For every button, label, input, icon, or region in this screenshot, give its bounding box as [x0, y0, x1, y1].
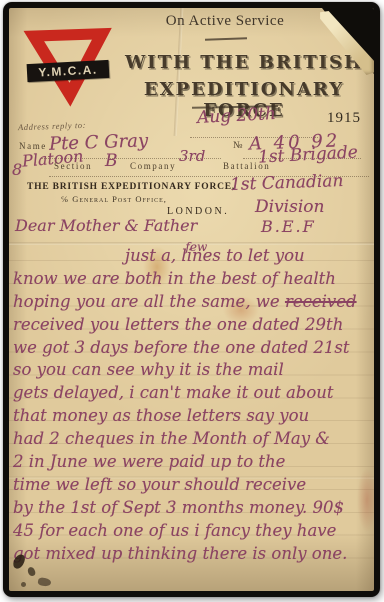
letter-line: that money as those letters say you — [13, 405, 374, 428]
handwritten-section: B — [105, 151, 118, 171]
letter-line: know we are both in the best of health — [13, 268, 374, 291]
letter-line: hoping you are all the same, we received — [13, 291, 374, 314]
scanned-letter-page: On Active Service Y.M.C.A. WITH THE BRIT… — [0, 0, 384, 602]
struck-word: received — [285, 292, 357, 311]
printed-gpo-line: ℅ General Post Office, — [61, 194, 167, 204]
letter-line: so you can see why it is the mail — [13, 359, 374, 382]
handwritten-date: Aug 20th — [197, 104, 277, 128]
ymca-logo: Y.M.C.A. — [19, 24, 119, 116]
section-label: Section — [54, 161, 92, 171]
letter-line: 2 in June we were paid up to the — [13, 451, 374, 474]
letter-line: time we left so your should receive — [13, 474, 374, 497]
address-reply-label: Address reply to: — [18, 120, 86, 132]
letter-line: by the 1st of Sept 3 months money. 90$ — [13, 497, 374, 520]
handwritten-platoon-number: 8 — [12, 160, 22, 179]
handwritten-bef: B.E.F — [261, 217, 316, 236]
inserted-word: few — [185, 236, 207, 259]
letter-line: had 2 cheques in the Month of May & — [13, 428, 374, 451]
letter-line: just a, few lines to let you — [13, 245, 374, 268]
letter-line: gets delayed, i can't make it out about — [13, 382, 374, 405]
line-text: hoping you are all the same, we — [13, 292, 280, 311]
photo-frame: On Active Service Y.M.C.A. WITH THE BRIT… — [3, 2, 380, 597]
handwritten-division-line-2: Division — [255, 197, 324, 217]
handwritten-company: 3rd — [179, 147, 205, 165]
title-line-1: WITH THE BRITISH — [121, 52, 367, 73]
on-active-service-heading: On Active Service — [125, 13, 325, 30]
heading-underline — [205, 37, 247, 40]
ink-smudge — [21, 582, 26, 587]
printed-bef-line: THE BRITISH EXPEDITIONARY FORCE, — [27, 182, 235, 192]
number-label: № — [233, 140, 244, 151]
printed-year: 1915 — [327, 110, 361, 127]
ink-smudge — [37, 577, 51, 587]
letter-line: received you letters the one dated 29th — [13, 314, 374, 337]
line-text: just a, — [125, 246, 176, 265]
handwritten-division-line-1: 1st Canadian — [230, 171, 344, 195]
letter-paper: On Active Service Y.M.C.A. WITH THE BRIT… — [9, 8, 374, 591]
letter-line: 45 for each one of us i fancy they have — [13, 520, 374, 543]
salutation: Dear Mother & Father — [15, 216, 197, 235]
letter-line: got mixed up thinking there is only one. — [13, 543, 374, 566]
handwritten-brigade: 1st Brigade — [258, 142, 359, 167]
ink-smudge — [27, 566, 36, 577]
letter-line: we got 3 days before the one dated 21st — [13, 337, 374, 360]
letter-body: just a, few lines to let you know we are… — [13, 245, 374, 565]
company-label: Company — [130, 161, 176, 171]
